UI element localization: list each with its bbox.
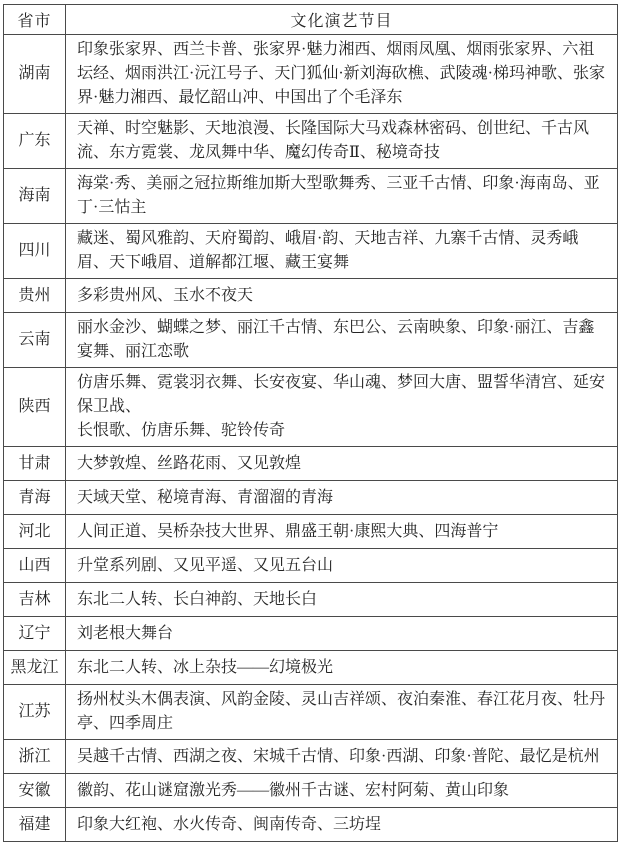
table-row: 四川 藏迷、蜀风雅韵、天府蜀韵、峨眉·韵、天地吉祥、九寨千古情、灵秀峨眉、天下峨… [4, 224, 618, 279]
province-cell: 陕西 [4, 368, 66, 447]
table-row: 海南 海棠·秀、美丽之冠拉斯维加斯大型歌舞秀、三亚千古情、印象·海南岛、亚丁·三… [4, 169, 618, 224]
table-row: 辽宁 刘老根大舞台 [4, 617, 618, 651]
table-row: 山西 升堂系列剧、又见平遥、又见五台山 [4, 549, 618, 583]
province-cell: 河北 [4, 515, 66, 549]
programs-cell: 仿唐乐舞、霓裳羽衣舞、长安夜宴、华山魂、梦回大唐、盟誓华清宫、延安保卫战、 长恨… [66, 368, 618, 447]
performance-table: 省市 文化演艺节目 湖南 印象张家界、西兰卡普、张家界·魅力湘西、烟雨凤凰、烟雨… [3, 4, 618, 842]
province-cell: 贵州 [4, 279, 66, 313]
table-row: 甘肃 大梦敦煌、丝路花雨、又见敦煌 [4, 447, 618, 481]
programs-cell: 刘老根大舞台 [66, 617, 618, 651]
table-row: 湖南 印象张家界、西兰卡普、张家界·魅力湘西、烟雨凤凰、烟雨张家界、六祖坛经、烟… [4, 35, 618, 114]
table-row: 河北 人间正道、吴桥杂技大世界、鼎盛王朝·康熙大典、四海普宁 [4, 515, 618, 549]
table-row: 浙江 吴越千古情、西湖之夜、宋城千古情、印象·西湖、印象·普陀、最忆是杭州 [4, 740, 618, 774]
programs-cell: 海棠·秀、美丽之冠拉斯维加斯大型歌舞秀、三亚千古情、印象·海南岛、亚丁·三怙主 [66, 169, 618, 224]
province-cell: 海南 [4, 169, 66, 224]
document-page: 省市 文化演艺节目 湖南 印象张家界、西兰卡普、张家界·魅力湘西、烟雨凤凰、烟雨… [0, 0, 621, 868]
table-row: 陕西 仿唐乐舞、霓裳羽衣舞、长安夜宴、华山魂、梦回大唐、盟誓华清宫、延安保卫战、… [4, 368, 618, 447]
table-body: 湖南 印象张家界、西兰卡普、张家界·魅力湘西、烟雨凤凰、烟雨张家界、六祖坛经、烟… [4, 35, 618, 842]
programs-cell: 丽水金沙、蝴蝶之梦、丽江千古情、东巴公、云南映象、印象·丽江、吉鑫宴舞、丽江恋歌 [66, 313, 618, 368]
programs-cell: 天禅、时空魅影、天地浪漫、长隆国际大马戏森林密码、创世纪、千古风流、东方霓裳、龙… [66, 114, 618, 169]
province-cell: 四川 [4, 224, 66, 279]
programs-cell: 印象张家界、西兰卡普、张家界·魅力湘西、烟雨凤凰、烟雨张家界、六祖坛经、烟雨洪江… [66, 35, 618, 114]
province-cell: 福建 [4, 808, 66, 842]
programs-cell: 人间正道、吴桥杂技大世界、鼎盛王朝·康熙大典、四海普宁 [66, 515, 618, 549]
programs-cell: 吴越千古情、西湖之夜、宋城千古情、印象·西湖、印象·普陀、最忆是杭州 [66, 740, 618, 774]
table-row: 黑龙江 东北二人转、冰上杂技——幻境极光 [4, 651, 618, 685]
province-cell: 云南 [4, 313, 66, 368]
province-cell: 山西 [4, 549, 66, 583]
province-cell: 黑龙江 [4, 651, 66, 685]
province-cell: 湖南 [4, 35, 66, 114]
province-cell: 浙江 [4, 740, 66, 774]
programs-cell: 天域天堂、秘境青海、青溜溜的青海 [66, 481, 618, 515]
table-row: 福建 印象大红袍、水火传奇、闽南传奇、三坊埕 [4, 808, 618, 842]
province-cell: 江苏 [4, 685, 66, 740]
programs-cell: 藏迷、蜀风雅韵、天府蜀韵、峨眉·韵、天地吉祥、九寨千古情、灵秀峨眉、天下峨眉、道… [66, 224, 618, 279]
table-row: 青海 天域天堂、秘境青海、青溜溜的青海 [4, 481, 618, 515]
programs-cell: 扬州杖头木偶表演、风韵金陵、灵山吉祥颂、夜泊秦淮、春江花月夜、牡丹亭、四季周庄 [66, 685, 618, 740]
province-cell: 辽宁 [4, 617, 66, 651]
programs-cell: 大梦敦煌、丝路花雨、又见敦煌 [66, 447, 618, 481]
table-row: 贵州 多彩贵州风、玉水不夜天 [4, 279, 618, 313]
programs-cell: 多彩贵州风、玉水不夜天 [66, 279, 618, 313]
province-cell: 吉林 [4, 583, 66, 617]
table-header-row: 省市 文化演艺节目 [4, 5, 618, 35]
province-cell: 青海 [4, 481, 66, 515]
table-row: 安徽 徽韵、花山谜窟激光秀——徽州千古谜、宏村阿菊、黄山印象 [4, 774, 618, 808]
programs-cell: 东北二人转、长白神韵、天地长白 [66, 583, 618, 617]
table-row: 广东 天禅、时空魅影、天地浪漫、长隆国际大马戏森林密码、创世纪、千古风流、东方霓… [4, 114, 618, 169]
province-cell: 广东 [4, 114, 66, 169]
programs-column-header: 文化演艺节目 [66, 5, 618, 35]
province-column-header: 省市 [4, 5, 66, 35]
programs-cell: 徽韵、花山谜窟激光秀——徽州千古谜、宏村阿菊、黄山印象 [66, 774, 618, 808]
province-cell: 甘肃 [4, 447, 66, 481]
table-row: 云南 丽水金沙、蝴蝶之梦、丽江千古情、东巴公、云南映象、印象·丽江、吉鑫宴舞、丽… [4, 313, 618, 368]
table-row: 江苏 扬州杖头木偶表演、风韵金陵、灵山吉祥颂、夜泊秦淮、春江花月夜、牡丹亭、四季… [4, 685, 618, 740]
table-row: 吉林 东北二人转、长白神韵、天地长白 [4, 583, 618, 617]
programs-cell: 升堂系列剧、又见平遥、又见五台山 [66, 549, 618, 583]
programs-cell: 印象大红袍、水火传奇、闽南传奇、三坊埕 [66, 808, 618, 842]
programs-cell: 东北二人转、冰上杂技——幻境极光 [66, 651, 618, 685]
province-cell: 安徽 [4, 774, 66, 808]
